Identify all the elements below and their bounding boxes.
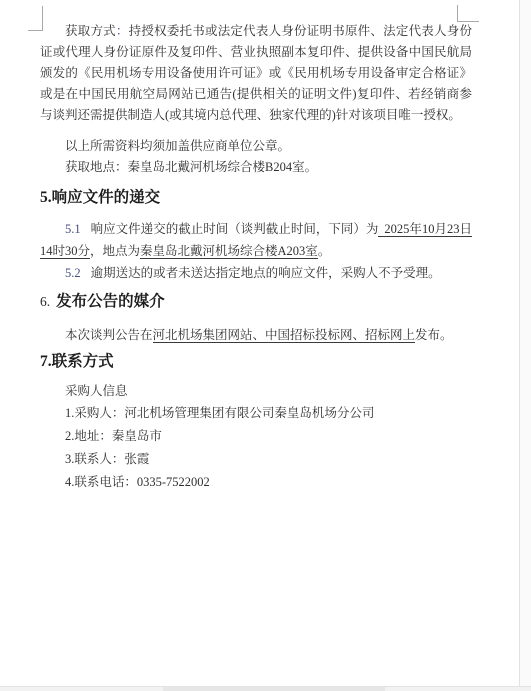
clause-5-1: 5.1响应文件递交的截止时间（谈判截止时间，下同）为2025年10月23日14时… (40, 218, 472, 262)
obtain-location-value: 秦皇岛北戴河机场综合楼B204室。 (128, 160, 318, 174)
contact-item-phone: 4.联系电话：0335-7522002 (40, 471, 472, 494)
paragraph-seal-note: 以上所需资料均须加盖供应商单位公章。 (40, 136, 472, 157)
section-5-heading: 5.响应文件的递交 (40, 186, 472, 210)
announcement-pre: 本次谈判公告在 (65, 328, 153, 342)
contact-address-label: 2.地址： (65, 429, 112, 443)
section-6-body: 本次谈判公告在河北机场集团网站、中国招标投标网、招标网上发布。 (40, 324, 472, 346)
contact-buyer-label: 1.采购人： (65, 406, 124, 420)
horizontal-scrollbar-thumb[interactable] (163, 687, 385, 691)
acquisition-method-label: 获取方式 (65, 24, 116, 38)
clause-5-1-pre: 响应文件递交的截止时间（谈判截止时间，下同）为 (91, 222, 379, 236)
section-6-number: 6. (40, 294, 50, 309)
contact-phone-label: 4.联系电话： (65, 475, 137, 489)
clause-5-2-text: 逾期送达的或者未送达指定地点的响应文件，采购人不予受理。 (91, 266, 441, 280)
paragraph-acquisition-method: 获取方式：持授权委托书或法定代表人身份证明书原件、法定代表人身份证或代理人身份证… (40, 21, 472, 126)
contact-person-value: 张霞 (124, 452, 149, 466)
announcement-end: 发布。 (415, 328, 453, 342)
contact-item-address: 2.地址：秦皇岛市 (40, 425, 472, 448)
section-7-heading: 7.联系方式 (40, 350, 472, 374)
clause-5-1-mid: ，地点为 (90, 244, 140, 258)
clause-5-2: 5.2逾期送达的或者未送达指定地点的响应文件，采购人不予受理。 (40, 262, 472, 284)
clause-5-1-end: 。 (318, 244, 331, 258)
clause-5-1-number: 5.1 (65, 222, 81, 236)
submission-place: 秦皇岛北戴河机场综合楼A203室 (140, 244, 318, 259)
section-6-heading: 6.发布公告的媒介 (40, 290, 472, 314)
contact-phone-value: 0335-7522002 (137, 475, 210, 489)
obtain-location-label: 获取地点： (65, 160, 128, 174)
horizontal-scrollbar[interactable] (0, 686, 531, 691)
contact-buyer-value: 河北机场管理集团有限公司秦皇岛机场分公司 (124, 406, 374, 420)
contact-item-person: 3.联系人：张霞 (40, 448, 472, 471)
outside-page-area (520, 0, 531, 686)
clause-5-2-number: 5.2 (65, 266, 81, 280)
contact-address-value: 秦皇岛市 (112, 429, 162, 443)
paragraph-obtain-location: 获取地点：秦皇岛北戴河机场综合楼B204室。 (40, 157, 472, 178)
contact-person-label: 3.联系人： (65, 452, 124, 466)
page-margin-mark-top-right (457, 5, 479, 22)
contact-item-buyer: 1.采购人：河北机场管理集团有限公司秦皇岛机场分公司 (40, 402, 472, 425)
buyer-info-title: 采购人信息 (40, 380, 472, 402)
acquisition-method-colon: ： (116, 24, 129, 38)
acquisition-method-text: 持授权委托书或法定代表人身份证明书原件、法定代表人身份证或代理人身份证原件及复印… (40, 24, 472, 122)
document-page: { "colors": { "page_background": "#fffff… (0, 0, 531, 691)
section-6-title: 发布公告的媒介 (56, 293, 165, 310)
document-body: 获取方式：持授权委托书或法定代表人身份证明书原件、法定代表人身份证或代理人身份证… (40, 21, 472, 494)
announcement-media-list: 河北机场集团网站、中国招标投标网、招标网上 (153, 328, 416, 343)
